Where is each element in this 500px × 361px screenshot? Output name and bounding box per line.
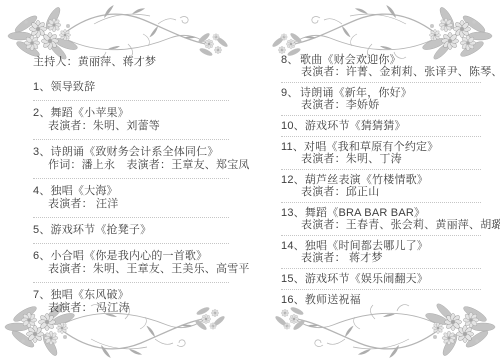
item-title: 歌曲《财会欢迎你》 <box>300 54 401 66</box>
item-number: 9、 <box>281 87 300 99</box>
item-number: 2、 <box>33 107 51 120</box>
item-title: 舞蹈《小苹果》 <box>51 107 129 119</box>
item-performers: 表演者：许菁、金莉莉、张译尹、陈琴、张刚 <box>281 66 481 78</box>
dotted-separator <box>281 202 481 203</box>
dotted-separator <box>281 82 481 83</box>
item-performers: 表演者：李娇娇 <box>281 99 481 111</box>
program-item: 3、诗朗诵《致财务会计系全体同仁》 作词：潘上永 表演者：王章友、郑宝凤 <box>33 146 229 172</box>
program-item: 4、独唱《大海》 表演者： 汪洋 <box>33 185 229 211</box>
item-title: 独唱《东风破》 <box>51 289 129 301</box>
item-number: 14、 <box>281 240 305 252</box>
item-number: 13、 <box>281 207 305 219</box>
program-column-right: 8、歌曲《财会欢迎你》 表演者：许菁、金莉莉、张译尹、陈琴、张刚 9、诗朗诵《新… <box>281 54 481 306</box>
floral-vine-ornament-bottom-right-icon <box>275 297 495 359</box>
program-item: 15、游戏环节《娱乐闹翻天》 <box>281 273 481 285</box>
item-performers: 表演者： 蒋才梦 <box>281 252 481 264</box>
item-performers: 表演者： 冯江涛 <box>33 302 229 315</box>
item-number: 8、 <box>281 54 300 66</box>
item-performers: 表演者：朱明、王章友、王美乐、高雪平 <box>33 263 229 276</box>
item-number: 16、 <box>281 294 305 306</box>
item-performers: 表演者：朱明、刘蕾等 <box>33 120 229 133</box>
item-performers: 表演者：邱正山 <box>281 186 481 198</box>
program-item: 9、诗朗诵《新年，你好》 表演者：李娇娇 <box>281 87 481 111</box>
item-performers: 表演者：朱明、丁涛 <box>281 153 481 165</box>
item-number: 1、 <box>33 81 51 94</box>
program-item: 16、教师送祝福 <box>281 294 481 306</box>
item-title: 独唱《时间都去哪儿了》 <box>305 240 428 252</box>
program-item: 1、领导致辞 <box>33 81 229 94</box>
host-line: 主持人：黄丽萍、蒋才梦 <box>33 56 229 69</box>
dotted-separator <box>281 268 481 269</box>
item-title: 舞蹈《BRA BAR BAR》 <box>305 207 425 219</box>
program-item: 2、舞蹈《小苹果》 表演者：朱明、刘蕾等 <box>33 107 229 133</box>
item-number: 15、 <box>281 273 305 285</box>
item-title: 游戏环节《猜猜猜》 <box>305 120 406 132</box>
dotted-separator <box>281 115 481 116</box>
program-item: 7、独唱《东风破》 表演者： 冯江涛 <box>33 289 229 315</box>
dotted-separator <box>281 289 481 290</box>
program-column-left: 主持人：黄丽萍、蒋才梦 1、领导致辞 2、舞蹈《小苹果》 表演者：朱明、刘蕾等 … <box>33 56 229 315</box>
item-performers: 表演者： 汪洋 <box>33 198 229 211</box>
dotted-separator <box>33 178 229 179</box>
item-title: 独唱《大海》 <box>51 185 118 197</box>
item-title: 游戏环节《抢凳子》 <box>51 224 152 236</box>
dotted-separator <box>33 217 229 218</box>
program-item: 10、游戏环节《猜猜猜》 <box>281 120 481 132</box>
item-number: 4、 <box>33 185 51 198</box>
item-title: 葫芦丝表演《竹楼情歌》 <box>305 174 428 186</box>
program-item: 6、小合唱《你是我内心的一首歌》 表演者：朱明、王章友、王美乐、高雪平 <box>33 250 229 276</box>
item-title: 诗朗诵《新年，你好》 <box>300 87 412 99</box>
program-item: 12、葫芦丝表演《竹楼情歌》 表演者：邱正山 <box>281 174 481 198</box>
dotted-separator <box>281 235 481 236</box>
program-item: 14、独唱《时间都去哪儿了》 表演者： 蒋才梦 <box>281 240 481 264</box>
item-number: 11、 <box>281 141 304 153</box>
dotted-separator <box>33 282 229 283</box>
item-title: 诗朗诵《致财务会计系全体同仁》 <box>51 146 219 158</box>
dotted-separator <box>33 100 229 101</box>
item-title: 对唱《我和草原有个约定》 <box>304 141 438 153</box>
dotted-separator <box>33 139 229 140</box>
item-title: 教师送祝福 <box>305 294 361 306</box>
dotted-separator <box>281 169 481 170</box>
item-title: 领导致辞 <box>51 81 96 93</box>
item-number: 10、 <box>281 120 305 132</box>
item-title: 游戏环节《娱乐闹翻天》 <box>305 273 428 285</box>
item-number: 3、 <box>33 146 51 159</box>
dotted-separator <box>281 136 481 137</box>
item-title: 小合唱《你是我内心的一首歌》 <box>51 250 208 262</box>
item-number: 6、 <box>33 250 51 263</box>
program-item: 11、对唱《我和草原有个约定》 表演者：朱明、丁涛 <box>281 141 481 165</box>
program-item: 13、舞蹈《BRA BAR BAR》 表演者：王春青、张会莉、黄丽萍、胡璐、张刚 <box>281 207 481 231</box>
item-performers: 作词：潘上永 表演者：王章友、郑宝凤 <box>33 159 229 172</box>
item-performers: 表演者：王春青、张会莉、黄丽萍、胡璐、张刚 <box>281 219 481 231</box>
dotted-separator <box>33 243 229 244</box>
item-number: 5、 <box>33 224 51 237</box>
program-item: 8、歌曲《财会欢迎你》 表演者：许菁、金莉莉、张译尹、陈琴、张刚 <box>281 54 481 78</box>
program-item: 5、游戏环节《抢凳子》 <box>33 224 229 237</box>
item-number: 12、 <box>281 174 305 186</box>
item-number: 7、 <box>33 289 51 302</box>
